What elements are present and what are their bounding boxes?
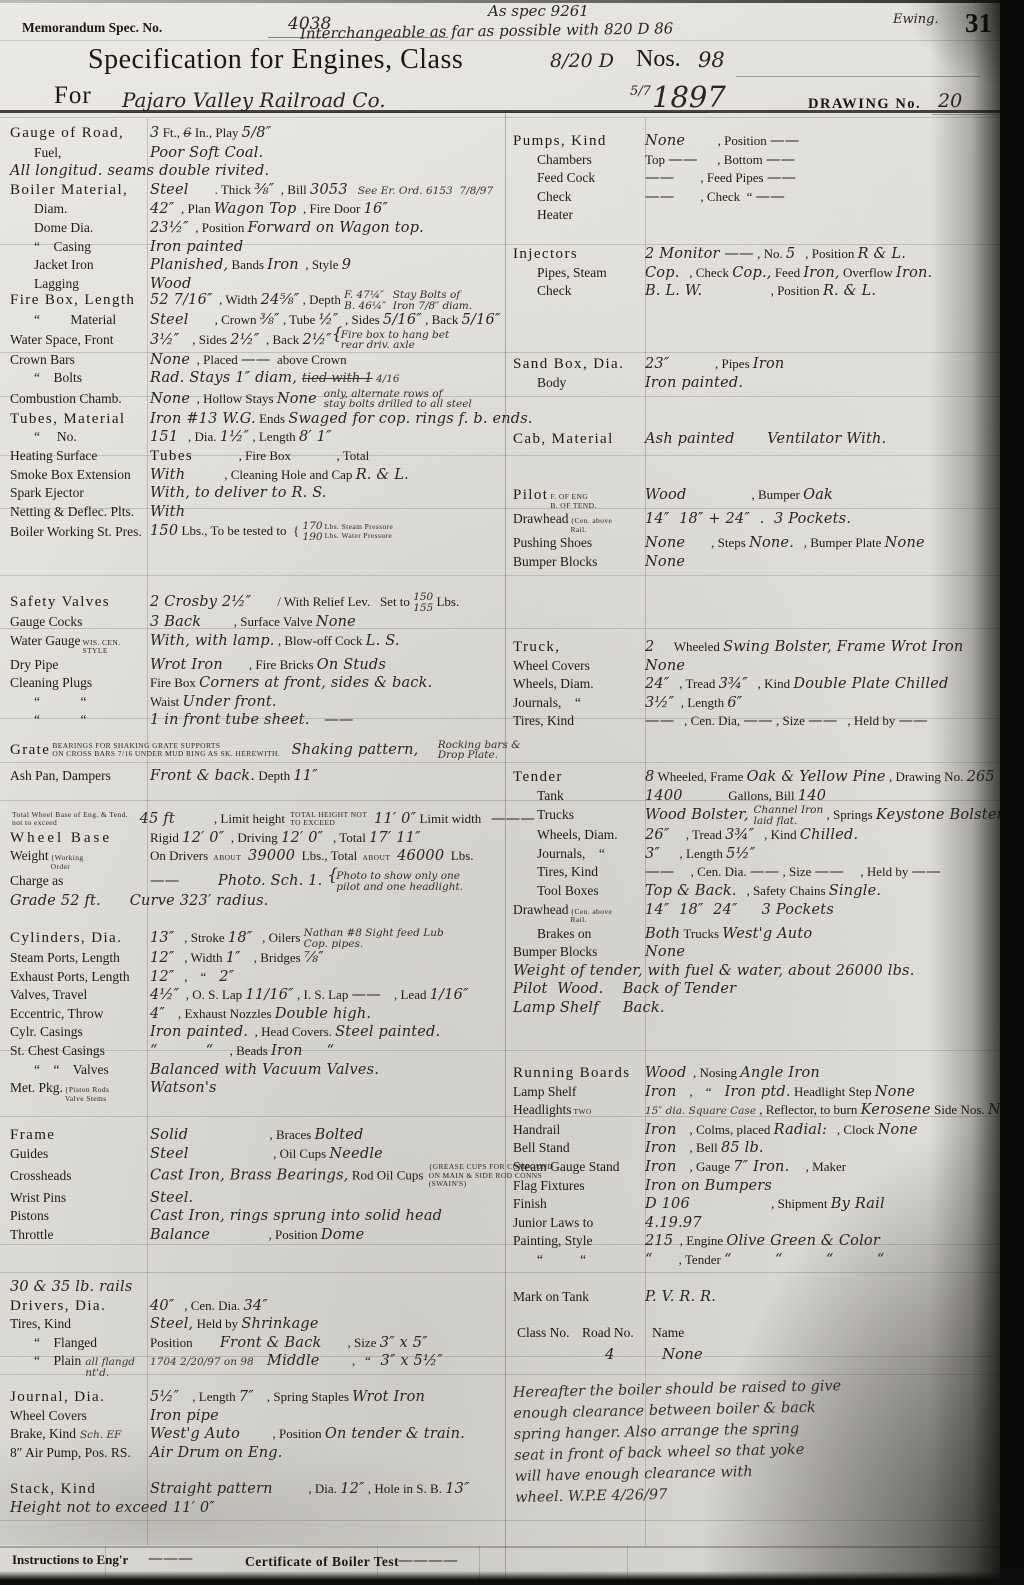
row-label: Ash Pan, Dampers [10, 767, 150, 786]
value-seg-pr: , Fire Box , Total [193, 448, 369, 463]
value-seg-sm: 15″ dia. Square Case [645, 1105, 756, 1117]
row-value: 2 Crosby 2½″ / With Relief Lev. Set to 1… [150, 592, 510, 613]
value-seg-hw: Cop., [732, 265, 771, 281]
value-seg-hw: Watson's [150, 1080, 217, 1096]
row-label: Steam Ports, Length [10, 949, 150, 968]
value-seg-pr: , Springs [823, 807, 876, 822]
row-label: Throttle [10, 1226, 150, 1245]
form-title: Specification for Engines, Class [88, 44, 463, 76]
value-seg-hw: Top & Back. [645, 883, 737, 899]
value-seg-hw: Oak & Yellow Pine [747, 769, 886, 785]
value-seg-pr: , Position [240, 1426, 325, 1441]
value-seg-pr: Limit width [416, 811, 491, 826]
value-seg-pr: , Bottom [698, 152, 766, 167]
scan-edge-bottom [0, 1571, 1024, 1585]
value-seg-hw: Shrinkage [241, 1316, 318, 1332]
value-seg-hw: 24⅝″ [261, 292, 300, 308]
value-seg-hw: On Studs [317, 657, 386, 673]
value-seg-pr: , Oil Cups [189, 1146, 330, 1161]
value-seg-hw: Iron “ [271, 1043, 334, 1059]
value-seg-hw: With, with lamp. [150, 633, 275, 649]
row-label: Gauge of Road, [10, 124, 150, 143]
row-value: Steel , Oil Cups Needle [150, 1145, 510, 1164]
value-seg-hw: 11″ [293, 768, 317, 784]
row-value: 52 7/16″ , Width 24⅝″ , Depth F. 47¼″B. … [150, 290, 510, 311]
spec-row: Brake, KindSch. EFWest'g Auto , Position… [10, 1425, 510, 1444]
spec-row: “ No.151 , Dia. 1½″ , Length 8′ 1″ [10, 428, 510, 447]
value-seg-pr: Lbs. [444, 848, 473, 863]
row-label: “ Bolts [10, 369, 150, 388]
spec-row: Drivers, Dia.40″ , Cen. Dia. 34″ [10, 1297, 510, 1316]
road-no-value: 4 [605, 1345, 615, 1363]
value-seg-pr: , Stroke [174, 930, 227, 945]
value-seg-pr: Position [150, 1335, 196, 1350]
value-seg-hw: Lamp Shelf Back. [513, 1000, 665, 1016]
row-label: Tender [513, 768, 645, 787]
value-seg-pr: / With Relief Lev. Set to [251, 594, 413, 609]
value-seg-pr: , Length [179, 1389, 239, 1404]
value-seg-pr: , Size [322, 1335, 380, 1350]
value-seg-pr: Gallons, Bill [683, 788, 798, 803]
spec-row: Crown BarsNone , Placed —— above Crown [10, 351, 510, 370]
row-label: “ Flanged [10, 1334, 150, 1353]
value-seg-pr: , Size [773, 713, 808, 728]
value-seg-pr: Rigid [150, 830, 182, 845]
row-label: Netting & Deflec. Plts. [10, 503, 150, 522]
value-seg-pr: Lbs. [433, 594, 459, 609]
value-seg-pr: , Bumper [686, 487, 803, 502]
value-seg-hw: 2 Crosby 2½″ [150, 594, 251, 610]
row-value: Steel , Crown ⅜″ , Tube ½″ , Sides 5/16″… [150, 311, 510, 330]
value-seg-pr: , Crown [189, 312, 260, 327]
value-seg-sm: all flangdnt'd. [85, 1357, 135, 1378]
value-seg-hw: Steel painted. [335, 1024, 440, 1040]
row-label: “ Material [10, 311, 150, 330]
spec-row: Valves, Travel4½″ , O. S. Lap 11/16″ , I… [10, 986, 510, 1005]
value-seg-pr: , Spring Staples [254, 1389, 352, 1404]
spec-row: Ash Pan, DampersFront & back. Depth 11″ [10, 767, 510, 786]
class-no-label: Class No. [517, 1325, 570, 1341]
row-value: Waist Under front. [150, 693, 510, 712]
value-seg-hw: Iron, [803, 265, 839, 281]
value-seg-hw: All longitud. seams double rivited. [10, 163, 269, 179]
value-seg-pr: , Bell [677, 1140, 721, 1155]
value-seg-pr: , Back [260, 332, 303, 347]
value-seg-hw: Cast Iron, Brass Bearings, [150, 1168, 349, 1184]
value-seg-pr: , Nosing [686, 1065, 740, 1080]
spec-row: Exhaust Ports, Length12″ , “ 2″ [10, 968, 510, 987]
row-value: All longitud. seams double rivited. [10, 162, 510, 181]
row-label: Handrail [513, 1121, 645, 1140]
value-seg-pr: , Feed Pipes [674, 170, 766, 185]
row-label: Drawhead{Cen. aboveRail. [513, 901, 645, 925]
row-label: Diam. [10, 200, 150, 219]
row-value: 1704 2/20/97 on 98 Middle , “ 3″ x 5½″ [150, 1352, 510, 1372]
value-seg-hw: Under front. [183, 694, 277, 710]
spec-row: “ FlangedPosition Front & Back , Size 3″… [10, 1334, 510, 1353]
row-value: Iron painted [150, 238, 510, 257]
row-value: 12″ , “ 2″ [150, 968, 510, 987]
row-value: Total Wheel Base of Eng. & Tend.not to e… [10, 810, 535, 829]
spec-row: “ “Waist Under front. [10, 693, 510, 712]
row-value: 150 Lbs., To be tested to { 170190Lbs. S… [150, 521, 510, 542]
row-label: Heater [513, 206, 645, 225]
value-seg-pr: , Head Covers. [248, 1024, 335, 1039]
value-seg-hw: Steel, [150, 1316, 193, 1332]
value-seg-hw: D 106 [645, 1196, 690, 1212]
value-seg-pr: , Exhaust Nozzles [165, 1006, 275, 1021]
section-journal-brake-stack: Journal, Dia.5½″ , Length 7″ , Spring St… [10, 1388, 510, 1518]
spec-row: Cylr. CasingsIron painted. , Head Covers… [10, 1023, 510, 1042]
scan-edge-right-feather [930, 0, 1000, 1585]
row-label: Brake, KindSch. EF [10, 1425, 150, 1444]
value-seg-hw: 1″ [226, 950, 241, 966]
value-seg-pr: , Kind [748, 676, 794, 691]
row-label: Tires, Kind [10, 1315, 150, 1334]
value-seg-st: 6 [183, 126, 191, 141]
value-seg-hw: Chilled. [800, 827, 858, 843]
row-value: “ “ , Beads Iron “ [150, 1042, 510, 1061]
value-seg-pr: , Cleaning Hole and Cap [185, 467, 355, 482]
value-seg-hw: Corners at front, sides & back. [199, 675, 432, 691]
spec-row: Water GaugeWIS. CEN.STYLEWith, with lamp… [10, 632, 510, 656]
value-seg-pr: , Tread [669, 676, 718, 691]
row-value: Balanced with Vacuum Valves. [150, 1061, 510, 1080]
value-seg-pr: , Placed [190, 352, 241, 367]
row-label: Cleaning Plugs [10, 674, 150, 693]
row-value: Steel. [150, 1189, 510, 1208]
value-seg-hw: None [150, 352, 190, 368]
row-value: Solid , Braces Bolted [150, 1126, 510, 1145]
value-seg-hw: 12″ [150, 950, 174, 966]
value-seg-hw: 11/16″ [245, 987, 293, 1003]
spec-row: “ BoltsRad. Stays 1″ diam, tied with 1 4… [10, 369, 510, 389]
spec-row: Netting & Deflec. Plts.With [10, 503, 510, 522]
value-seg-hw: Cop. [645, 265, 680, 281]
value-seg-pr: , Safety Chains [737, 883, 829, 898]
row-label: PilotF. OF ENGB. OF TEND. [513, 486, 645, 510]
value-seg-pr: , “ [174, 969, 219, 984]
row-value: None , Placed —— above Crown [150, 351, 510, 370]
value-seg-hw: Both [645, 926, 680, 942]
value-seg-pr: , Width [213, 292, 261, 307]
row-label: Met. Pkg.{Piston RodsValve Stems [10, 1079, 150, 1103]
value-seg-hw: Iron [645, 1122, 677, 1138]
row-label: Journals, “ [513, 694, 645, 713]
row-label: Bumper Blocks [513, 553, 645, 572]
value-seg-hw: 3″ [645, 846, 660, 862]
value-seg-hw: 5½″ [726, 846, 755, 862]
value-seg-hw: 13″ [445, 1481, 469, 1497]
value-seg-pr: Waist [150, 694, 183, 709]
row-value: 30 & 35 lb. rails [10, 1278, 510, 1297]
value-seg-hw: —— [241, 352, 270, 368]
value-seg-hw: On tender & train. [325, 1426, 465, 1442]
spec-row: CrossheadsCast Iron, Brass Bearings, Rod… [10, 1163, 510, 1189]
row-value: Poor Soft Coal. [150, 144, 510, 163]
row-value: Fire Box Corners at front, sides & back. [150, 674, 510, 693]
value-seg-hw: Iron [645, 1084, 677, 1100]
value-seg-pr: , Maker [789, 1159, 849, 1174]
value-seg-pr: , Dia. [273, 1481, 341, 1496]
value-seg-stk: 170190 [303, 521, 323, 542]
spec-row: Dome Dia.23½″ , Position Forward on Wago… [10, 219, 510, 238]
value-seg-sts: {Cen. aboveRail. [570, 517, 612, 534]
value-seg-pr: , Bumper Plate [794, 535, 885, 550]
spec-row: GrateBEARINGS FOR SHAKING GRATE SUPPORTS… [10, 740, 510, 761]
row-label: “ Casing [10, 238, 150, 257]
value-seg-hw: Rad. Stays 1″ diam, [150, 370, 302, 386]
value-seg-hw: Wood [645, 1065, 686, 1081]
row-value: 4½″ , O. S. Lap 11/16″ , I. S. Lap —— , … [150, 986, 510, 1005]
value-seg-hw: None [878, 1122, 918, 1138]
value-seg-hw: —— [750, 864, 779, 880]
nos-label: Nos. [636, 46, 681, 73]
value-seg-pr: , Oilers [252, 930, 303, 945]
spec-row: Gauge of Road,3 Ft., 6 In., Play 5/8″ [10, 124, 510, 144]
value-seg-hw: 46000 [392, 848, 444, 864]
value-seg-hw: Iron [645, 1159, 677, 1175]
value-seg-st: tied with 1 [302, 371, 373, 386]
value-seg-hw: Wood Bolster, [645, 807, 754, 823]
spec-row: Cylinders, Dia.13″ , Stroke 18″ , Oilers… [10, 928, 510, 949]
row-label: Wheels, Diam. [513, 826, 645, 845]
value-seg-hw: Balanced with Vacuum Valves. [150, 1062, 379, 1078]
value-seg-pr: Lbs., To be tested to { [178, 524, 302, 539]
value-seg-pr: , O. S. Lap [179, 987, 245, 1002]
value-seg-hw: 1400 [645, 788, 683, 804]
row-value: 13″ , Stroke 18″ , Oilers Nathan #8 Sigh… [150, 928, 510, 949]
spec-row: Heating SurfaceTubes , Fire Box , Total [10, 447, 510, 466]
value-seg-hw: Double Plate Chilled [793, 676, 948, 692]
row-value: With [150, 503, 510, 522]
value-seg-pr: , Tube [280, 312, 319, 327]
value-seg-hw: None [277, 391, 317, 407]
spec-row: PistonsCast Iron, rings sprung into soli… [10, 1207, 510, 1226]
value-seg-hw: 12″ [340, 1481, 364, 1497]
value-seg-pr: Headlight Step [791, 1084, 875, 1099]
value-seg-stk: 150155 [413, 592, 433, 613]
spec-row: Weight{WorkingOrderOn Drivers ABOUT 3900… [10, 847, 510, 871]
value-seg-pr: , Shipment [690, 1196, 831, 1211]
value-seg-hw: 85 lb. [721, 1140, 764, 1156]
row-label: Injectors [513, 245, 645, 264]
value-seg-hw: 14″ 18″ + 24″ . 3 Pockets. [645, 511, 851, 527]
rule-line [0, 117, 1024, 118]
spec-row: Wheel BaseRigid 12′ 0″ , Driving 12′ 0″ … [10, 829, 510, 848]
spec-row: “ Plainall flangdnt'd.1704 2/20/97 on 98… [10, 1352, 510, 1378]
value-seg-hw: 1/16″ [430, 987, 469, 1003]
value-seg-pr: Wheeled [654, 639, 723, 654]
value-seg-hw: Air Drum on Eng. [150, 1445, 283, 1461]
value-seg-hw: Steel. [150, 1190, 193, 1206]
value-seg-hw: 13″ [150, 930, 174, 946]
value-seg-pr: Ft., [159, 125, 183, 140]
value-seg-pr: In., Play [192, 125, 242, 140]
value-seg-hw: P. V. R. R. [645, 1289, 716, 1305]
value-seg-hw: Forward on Wagon top. [248, 220, 424, 236]
value-seg-pr: , Tender [653, 1252, 724, 1267]
value-seg-shb: Fire box to hang betrear driv. axle [332, 330, 449, 351]
value-seg-hw: Iron on Bumpers [645, 1178, 772, 1194]
value-seg-hw: Wagon Top [214, 201, 297, 217]
value-seg-hw: Double high. [275, 1006, 371, 1022]
value-seg-pr: , Kind [754, 827, 800, 842]
spec-row: “ MaterialSteel , Crown ⅜″ , Tube ½″ , S… [10, 311, 510, 330]
value-seg-sm: 4/16 [373, 373, 400, 385]
spec-row: Jacket IronPlanished, Bands Iron , Style… [10, 256, 510, 275]
value-seg-hw: 1 in front tube sheet. —— [150, 712, 353, 728]
spec-row: ThrottleBalance , Position Dome [10, 1226, 510, 1245]
value-seg-hw: 3″ x 5½″ [381, 1353, 443, 1369]
row-label: Chambers [513, 151, 645, 170]
row-value: Iron painted. , Head Covers. Steel paint… [150, 1023, 510, 1042]
value-seg-hw: Balance [150, 1227, 210, 1243]
value-seg-hw: 42″ [150, 201, 174, 217]
value-seg-hw: Needle [329, 1146, 383, 1162]
row-value: Rad. Stays 1″ diam, tied with 1 4/16 [150, 369, 510, 389]
value-seg-hw: None [150, 391, 190, 407]
value-seg-hw: Solid [150, 1127, 188, 1143]
value-seg-hw: 12′ 0″ [182, 830, 224, 846]
value-seg-pr: above Crown [270, 352, 346, 367]
value-seg-hw: —— [766, 152, 795, 168]
row-value: With, with lamp. , Blow-off Cock L. S. [150, 632, 510, 651]
value-seg-pr: , No. [754, 246, 786, 261]
value-seg-hw: Iron [267, 257, 299, 273]
row-value: Cast Iron, Brass Bearings, Rod Oil Cups … [150, 1163, 555, 1189]
value-seg-hw: 5½″ [150, 1389, 179, 1405]
value-seg-stk: Channel Ironlaid flat. [754, 805, 824, 826]
engine-number: 98 [698, 48, 725, 72]
section-drivers-tires: 30 & 35 lb. railsDrivers, Dia.40″ , Cen.… [10, 1278, 510, 1378]
value-seg-hw: —— [815, 864, 844, 880]
value-seg-hw: 8′ 1″ [299, 429, 332, 445]
value-seg-sm: 1704 2/20/97 on 98 [150, 1356, 267, 1368]
value-seg-hw: 151 [150, 429, 178, 445]
value-seg-hw: Single. [829, 883, 881, 899]
spec-row: St. Chest Casings“ “ , Beads Iron “ [10, 1042, 510, 1061]
value-seg-hw: 4½″ [150, 987, 179, 1003]
value-seg-pr: , Depth [299, 292, 344, 307]
row-value: Tubes , Fire Box , Total [150, 447, 510, 466]
value-seg-hw: Iron ptd. [725, 1084, 791, 1100]
row-label: Tool Boxes [513, 882, 645, 901]
spec-row: Eccentric, Throw4″ , Exhaust Nozzles Dou… [10, 1005, 510, 1024]
value-seg-hw: None [885, 535, 925, 551]
value-seg-pr: , I. S. Lap [294, 987, 352, 1002]
row-label: “ Plainall flangdnt'd. [10, 1352, 150, 1378]
row-label: Wheel Base [10, 829, 150, 848]
value-seg-pr: , Braces [188, 1127, 314, 1142]
engine-class: 8/20 D [550, 50, 614, 72]
row-label: Tank [513, 787, 645, 806]
value-seg-hw: West'g Auto [722, 926, 812, 942]
value-seg-hw: With [150, 467, 185, 483]
row-label: Pistons [10, 1207, 150, 1226]
value-seg-hw: Steel [150, 182, 189, 198]
value-seg-sts: BEARINGS FOR SHAKING GRATE SUPPORTSON CR… [52, 742, 280, 759]
value-seg-hw: Middle [267, 1353, 319, 1369]
value-seg-hw: Angle Iron [740, 1065, 820, 1081]
row-label: Safety Valves [10, 593, 150, 612]
value-seg-hw: —— [352, 987, 381, 1003]
value-seg-stk: Nathan #8 Sight feed LubCop. pipes. [304, 928, 444, 949]
spec-row: Steam Ports, Length12″ , Width 1″ , Brid… [10, 949, 510, 968]
value-seg-pr: , Fire Door [296, 201, 363, 216]
value-seg-hw: None [316, 614, 356, 630]
value-seg-pr: , Check “ [674, 189, 755, 204]
row-label: Pipes, Steam [513, 264, 645, 283]
value-seg-pr: , Position [702, 283, 823, 298]
value-seg-pr: , Driving [224, 830, 281, 845]
value-seg-hw: None [645, 133, 685, 149]
value-seg-pr: , Position [210, 1227, 321, 1242]
header-rule [0, 110, 1024, 113]
value-seg-hw: 150 [150, 524, 178, 540]
value-seg-stk: Rocking bars &Drop Plate. [438, 740, 521, 761]
row-label: Brakes on [513, 925, 645, 944]
value-seg-hw: None [645, 658, 685, 674]
value-seg-pr: , Back [422, 312, 462, 327]
value-seg-pr: , Clock [827, 1122, 878, 1137]
value-seg-pr: , Sides [338, 312, 382, 327]
row-value: 3 Ft., 6 In., Play 5/8″ [150, 124, 510, 144]
value-seg-hw: Iron [645, 1140, 677, 1156]
value-seg-hw: 2½″ [230, 332, 259, 348]
name-value: None [662, 1345, 703, 1363]
value-seg-hw: 45 ft [130, 811, 175, 827]
row-label: Boiler Working St. Pres. [10, 523, 150, 542]
row-label: Boiler Material, [10, 181, 150, 200]
certificate-label: Certificate of Boiler Test [245, 1554, 399, 1570]
value-seg-hw: 5/16″ [383, 312, 422, 328]
row-label: Tires, Kind [513, 863, 645, 882]
value-seg-pr: , Cen. Dia. [174, 1298, 243, 1313]
row-label: Wheel Covers [10, 1407, 150, 1426]
row-value: Balance , Position Dome [150, 1226, 510, 1245]
value-seg-pr: , Plan [174, 201, 213, 216]
value-seg-hw: ⅜″ [260, 312, 280, 328]
memo-spec-label: Memorandum Spec. No. [22, 20, 162, 36]
spec-row: GuidesSteel , Oil Cups Needle [10, 1145, 510, 1164]
row-value: 151 , Dia. 1½″ , Length 8′ 1″ [150, 428, 510, 447]
row-label: Check [513, 188, 645, 207]
value-seg-hw: 24″ [645, 676, 669, 692]
value-seg-pr: , Position [685, 133, 770, 148]
value-seg-hw: Iron [753, 356, 785, 372]
value-seg-pr: Trucks [680, 926, 722, 941]
value-seg-sts: Lbs. Steam PressureLbs. Water Pressure [325, 523, 394, 540]
value-seg-hw: —— Photo. Sch. 1. [150, 873, 327, 889]
row-value: With , Cleaning Hole and Cap R. & L. [150, 466, 510, 485]
value-seg-hw: —— [645, 170, 674, 186]
spec-sheet-page: 31 Memorandum Spec. No. 4038 As spec 926… [0, 0, 1024, 1585]
value-seg-pr: , Style [299, 257, 342, 272]
row-label: Drivers, Dia. [10, 1297, 150, 1316]
row-label: Gauge Cocks [10, 613, 150, 632]
row-label: Truck, [513, 638, 645, 657]
row-label: Running Boards [513, 1064, 645, 1083]
value-seg-pr: , Lead [381, 987, 430, 1002]
spec-row: Charge as—— Photo. Sch. 1. Photo to show… [10, 871, 510, 892]
value-seg-hw: Kerosene [861, 1102, 931, 1118]
value-seg-hw: R. & L. [356, 467, 409, 483]
row-value: 42″ , Plan Wagon Top , Fire Door 16″ [150, 200, 510, 219]
value-seg-hw: 215 [645, 1233, 673, 1249]
value-seg-hw: —— [743, 713, 772, 729]
value-seg-hw: —— [645, 864, 674, 880]
